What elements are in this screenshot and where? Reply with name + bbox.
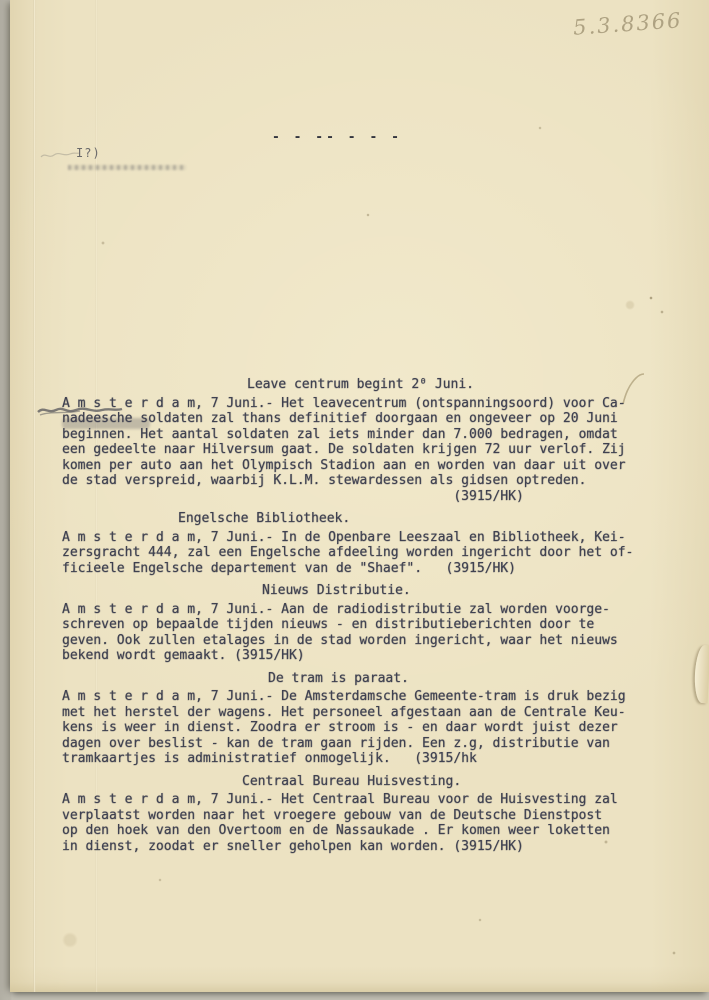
pencil-squiggle-icon xyxy=(40,148,80,162)
article-tram-paraat: De tram is paraat. A m s t e r d a m, 7 … xyxy=(62,671,670,767)
article-body: A m s t e r d a m, 7 Juni.- De Amsterdam… xyxy=(62,689,670,767)
article-body: A m s t e r d a m, 7 Juni.- Het Centraal… xyxy=(62,792,670,854)
corner-pencil-mark: I?) xyxy=(76,146,101,160)
fold-crease xyxy=(33,0,36,992)
separator-dashes: - - -- - - - xyxy=(272,130,402,145)
article-engelsche-bibliotheek: Engelsche Bibliotheek. A m s t e r d a m… xyxy=(62,511,670,576)
typewritten-text: Leave centrum begint 2⁰ Juni. A m s t e … xyxy=(62,377,670,861)
article-nieuws-distributie: Nieuws Distributie. A m s t e r d a m, 7… xyxy=(62,583,670,664)
article-body: A m s t e r d a m, 7 Juni.- In de Openba… xyxy=(62,530,670,577)
scanned-document: 5.3.8366 I?) - - -- - - - Leave centrum … xyxy=(0,0,709,1000)
ink-smear-overlay xyxy=(62,418,150,429)
article-heading: De tram is paraat. xyxy=(268,671,670,687)
article-heading: Leave centrum begint 2⁰ Juni. xyxy=(247,377,670,393)
paper-edge-tear xyxy=(693,645,709,704)
archive-number-handwritten: 5.3.8366 xyxy=(572,8,683,40)
article-heading: Centraal Bureau Huisvesting. xyxy=(242,774,670,790)
article-bureau-huisvesting: Centraal Bureau Huisvesting. A m s t e r… xyxy=(62,774,670,855)
article-heading: Nieuws Distributie. xyxy=(262,583,670,599)
ink-scribble-overlay xyxy=(36,402,124,418)
article-body: A m s t e r d a m, 7 Juni.- Het leavecen… xyxy=(62,396,670,505)
article-body: A m s t e r d a m, 7 Juni.- Aan de radio… xyxy=(62,602,670,664)
erased-text-smudge xyxy=(68,165,186,170)
article-leave-centrum: Leave centrum begint 2⁰ Juni. A m s t e … xyxy=(62,377,670,504)
paper-sheet: 5.3.8366 I?) - - -- - - - Leave centrum … xyxy=(10,0,709,992)
article-heading: Engelsche Bibliotheek. xyxy=(178,511,670,527)
